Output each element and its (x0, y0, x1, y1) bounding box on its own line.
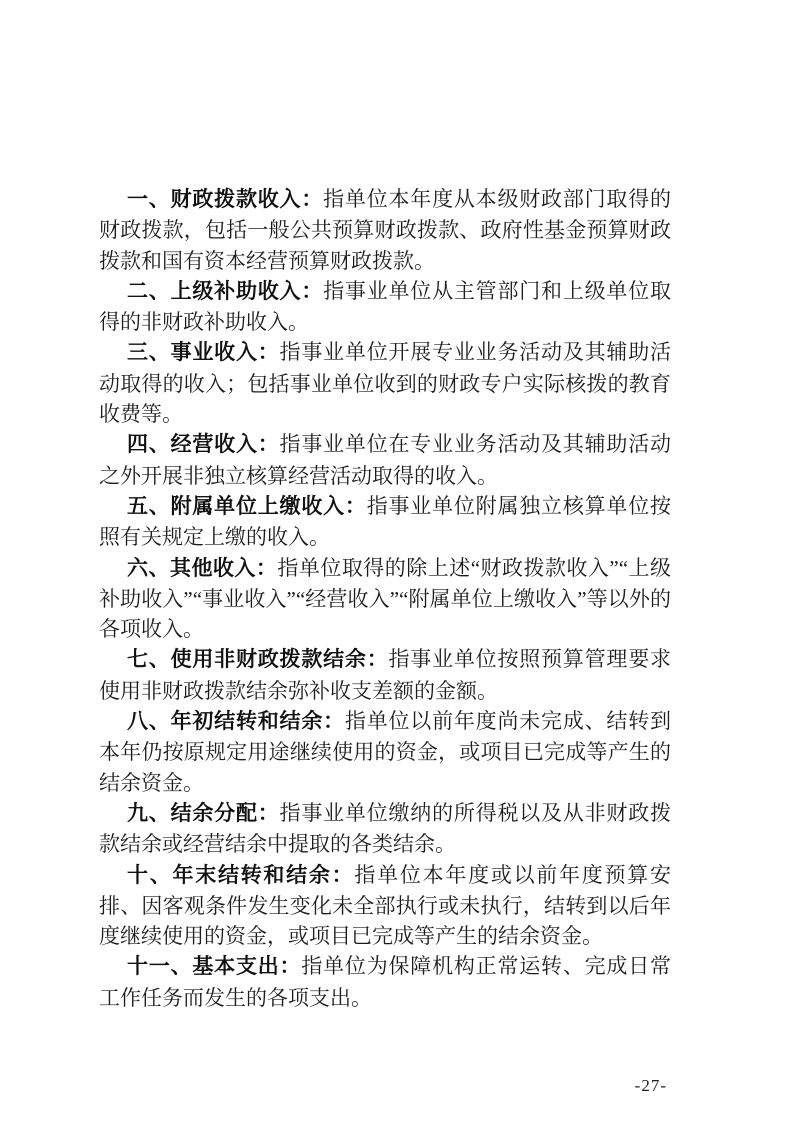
definition-paragraph: 四、经营收入：指事业单位在专业业务活动及其辅助活动之外开展非独立核算经营活动取得… (99, 429, 671, 491)
term-heading: 十、年末结转和结余： (127, 864, 354, 887)
term-heading: 五、附属单位上缴收入： (127, 495, 367, 518)
definition-paragraph: 十、年末结转和结余：指单位本年度或以前年度预算安排、因客观条件发生变化未全部执行… (99, 860, 671, 952)
definition-paragraph: 六、其他收入：指单位取得的除上述“财政拨款收入”“上级补助收入”“事业收入”“经… (99, 553, 671, 645)
definitions-list: 一、财政拨款收入：指单位本年度从本级财政部门取得的财政拨款，包括一般公共预算财政… (99, 184, 671, 1013)
term-heading: 三、事业收入： (127, 341, 280, 364)
term-heading: 二、上级补助收入： (127, 280, 323, 303)
definition-paragraph: 七、使用非财政拨款结余：指事业单位按照预算管理要求使用非财政拨款结余弥补收支差额… (99, 644, 671, 706)
term-heading: 七、使用非财政拨款结余： (127, 648, 389, 671)
definition-paragraph: 五、附属单位上缴收入：指事业单位附属独立核算单位按照有关规定上缴的收入。 (99, 491, 671, 553)
definition-paragraph: 一、财政拨款收入：指单位本年度从本级财政部门取得的财政拨款，包括一般公共预算财政… (99, 184, 671, 276)
term-heading: 九、结余分配： (127, 802, 280, 825)
document-page: 一、财政拨款收入：指单位本年度从本级财政部门取得的财政拨款，包括一般公共预算财政… (0, 0, 793, 1122)
definition-paragraph: 三、事业收入：指事业单位开展专业业务活动及其辅助活动取得的收入；包括事业单位收到… (99, 337, 671, 429)
definition-paragraph: 九、结余分配：指事业单位缴纳的所得税以及从非财政拨款结余或经营结余中提取的各类结… (99, 798, 671, 860)
term-heading: 八、年初结转和结余： (127, 710, 345, 733)
definition-paragraph: 八、年初结转和结余：指单位以前年度尚未完成、结转到本年仍按原规定用途继续使用的资… (99, 706, 671, 798)
term-heading: 一、财政拨款收入： (127, 188, 323, 211)
page-number: -27- (635, 1076, 667, 1096)
term-heading: 六、其他收入： (127, 557, 277, 580)
term-heading: 四、经营收入： (127, 433, 280, 456)
definition-paragraph: 十一、基本支出：指单位为保障机构正常运转、完成日常工作任务而发生的各项支出。 (99, 951, 671, 1013)
definition-paragraph: 二、上级补助收入：指事业单位从主管部门和上级单位取得的非财政补助收入。 (99, 276, 671, 338)
term-heading: 十一、基本支出： (127, 955, 301, 978)
